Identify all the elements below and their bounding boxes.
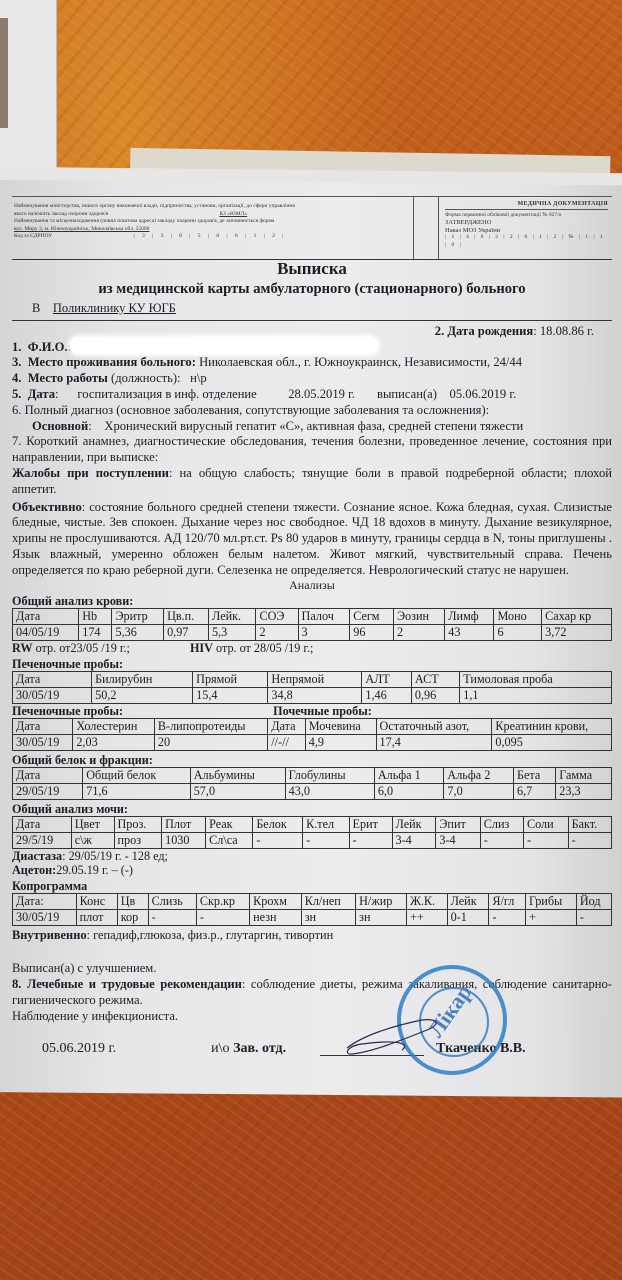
facility-address: вул. Миру 3, м. Южноукраїнськ, Миколаївс… [14, 226, 409, 234]
value-cell: Сл\са [206, 832, 253, 848]
table-header-row: ДатаЦветПроз.ПлотРеакБелокК.телЕритЛейкЭ… [13, 816, 612, 832]
header-cell: АСТ [411, 671, 459, 687]
dob-label: 2. Дата рождения [435, 324, 533, 338]
value-cell: 57,0 [190, 783, 285, 799]
objective-value: : состояние больного средней степени тяж… [12, 500, 612, 577]
header-cell: Непрямой [268, 671, 362, 687]
dates-line: 5. Дата: госпитализация в инф. отделение… [12, 387, 612, 403]
value-cell: с\ж [71, 832, 114, 848]
blood-test-title: Общий анализ крови: [12, 594, 612, 608]
value-cell: 6,7 [514, 783, 556, 799]
order-label: Наказ МОЗ України [445, 227, 608, 235]
liver-tests-2-title: Печеночные пробы: [12, 704, 123, 718]
table-header-row: ДатаHbЭритрЦв.п.Лейк.СОЭПалочСегмЭозинЛи… [13, 608, 612, 624]
header-cell: Реак [206, 816, 253, 832]
form-label: Форма первинної облікової документації №… [445, 212, 608, 220]
value-cell: 29/5/19 [13, 832, 72, 848]
header-institution-block: Найменування міністерства, іншого органу… [12, 197, 414, 259]
approved-label: ЗАТВЕРДЖЕНО [445, 219, 608, 227]
header-cell: Слиз [480, 816, 523, 832]
work-number: 4. [12, 371, 21, 385]
value-cell: 1,1 [460, 687, 612, 703]
header-cell: Общий белок [83, 767, 190, 783]
dates-number: 5. [12, 387, 21, 401]
value-cell: плот [76, 909, 117, 925]
hiv-value: отр. от 28/05 /19 г.; [213, 641, 313, 655]
objective-label: Объективно [12, 500, 82, 514]
value-cell: 96 [350, 624, 394, 640]
value-cell: 15,4 [193, 687, 268, 703]
residence-label: Место проживания больного: [28, 355, 196, 369]
dates-label: Дата [28, 387, 55, 401]
value-cell: 1030 [162, 832, 206, 848]
edrpou-code: | 3 | 3 | 8 | 5 | 0 | 8 | 1 | 2 | [134, 233, 287, 239]
liver-kidney-table: ДатаХолестеринВ-липопротеидыДатаМочевина… [12, 718, 612, 751]
header-cell: Н/жир [356, 893, 407, 909]
header-cell: Ж.К. [406, 893, 447, 909]
header-cell: Цв.п. [164, 608, 209, 624]
value-cell: - [253, 832, 303, 848]
header-cell: Грибы [525, 893, 576, 909]
followup: Наблюдение у инфекциониста. [12, 1009, 612, 1025]
edrpou-label: Код за ЄДРПОУ [14, 233, 52, 239]
diastase-line: Диастаза: 29/05/19 г. - 128 ед; [12, 849, 612, 863]
header-cell: Дата [13, 671, 92, 687]
value-cell: 1,46 [362, 687, 412, 703]
redacted-name [70, 337, 378, 354]
header-cell: Холестерин [73, 718, 155, 734]
value-cell: - [349, 832, 392, 848]
header-cell: Дата [13, 816, 72, 832]
header-cell: Палоч [298, 608, 350, 624]
main-diagnosis-value: Хронический вирусный гепатит «С», активн… [104, 419, 523, 433]
header-cell: Лейк [447, 893, 489, 909]
header-cell: Бакт. [568, 816, 611, 832]
value-cell: 2,03 [73, 734, 155, 750]
header-cell: Проз. [114, 816, 162, 832]
header-cell: Белок [253, 816, 303, 832]
complaints-label: Жалобы при поступлении [12, 466, 169, 480]
header-cell: Моно [494, 608, 542, 624]
acetone-label: Ацетон: [12, 863, 56, 877]
header-cell: Я/гл [489, 893, 526, 909]
fio-label: Ф.И.О. [28, 340, 68, 354]
recommendations-label: 8. Лечебные и трудовые рекомендации [12, 977, 242, 991]
role-prefix: и\о [211, 1041, 229, 1056]
signature-date: 05.06.2019 г. [42, 1041, 116, 1057]
value-cell: - [489, 909, 526, 925]
value-cell: незн [250, 909, 302, 925]
header-cell: Альбумины [190, 767, 285, 783]
value-cell: - [480, 832, 523, 848]
analyses-title: Анализы [12, 579, 612, 592]
value-cell: 174 [79, 624, 112, 640]
header-cell: Билирубин [92, 671, 193, 687]
header-cell: Цвет [71, 816, 114, 832]
recipient-prefix: В [32, 301, 40, 315]
value-cell: 2 [393, 624, 444, 640]
value-cell: 3 [298, 624, 350, 640]
header-cell: Кл/неп [301, 893, 355, 909]
header-medical-doc-block: МЕДИЧНА ДОКУМЕНТАЦІЯ Форма первинної обл… [439, 197, 612, 259]
header-cell: Эпит [436, 816, 480, 832]
value-cell: 6 [494, 624, 542, 640]
hiv-label: HIV [190, 641, 213, 655]
protein-table: ДатаОбщий белокАльбуминыГлобулиныАльфа 1… [12, 767, 612, 800]
hospitalization-text: госпитализация в инф. отделение [77, 387, 256, 401]
header-cell: Дата: [13, 893, 77, 909]
signature-row: 05.06.2019 г. и\о Зав. отд. Ткаченко В.В… [12, 1041, 612, 1057]
header-cell: Сахар кр [542, 608, 612, 624]
acetone-value: 29.05.19 г. – (-) [56, 863, 133, 877]
header-cell: Крохм [250, 893, 302, 909]
value-cell: 17,4 [376, 734, 492, 750]
blood-test-table: ДатаHbЭритрЦв.п.Лейк.СОЭПалочСегмЭозинЛи… [12, 608, 612, 641]
value-cell: 4,9 [305, 734, 376, 750]
medical-documentation-title: МЕДИЧНА ДОКУМЕНТАЦІЯ [445, 201, 608, 210]
value-cell: проз [114, 832, 162, 848]
urine-test-title: Общий анализ мочи: [12, 802, 612, 816]
diastase-value: : 29/05/19 г. - 128 ед; [62, 849, 168, 863]
value-cell: 6,0 [374, 783, 444, 799]
header-cell: Дата [13, 718, 73, 734]
order-code: | 1 | 4 | 0 | 2 | 2 | 0 | 1 | 2 | № | 1 … [445, 234, 608, 249]
fio-number: 1. [12, 340, 21, 354]
header-cell: Глобулины [285, 767, 374, 783]
table-header-row: ДатаОбщий белокАльбуминыГлобулиныАльфа 1… [13, 767, 612, 783]
header-cell: В-липопротеиды [154, 718, 267, 734]
form-header: Найменування міністерства, іншого органу… [12, 196, 612, 260]
value-cell: 2 [256, 624, 298, 640]
header-cell: Дата [13, 608, 79, 624]
table-row: 30/05/1950,215,434,81,460,961,1 [13, 687, 612, 703]
value-cell: - [568, 832, 611, 848]
main-diagnosis-line: Основной: Хронический вирусный гепатит «… [12, 419, 612, 435]
main-diagnosis-label: Основной [32, 419, 88, 433]
value-cell: 0,96 [411, 687, 459, 703]
header-cell: Остаточный азот, [376, 718, 492, 734]
table-row: 29/05/1971,657,043,06,07,06,723,3 [13, 783, 612, 799]
work-label: Место работы [28, 371, 108, 385]
photo-edge [0, 18, 8, 128]
value-cell: 04/05/19 [13, 624, 79, 640]
header-cell: СОЭ [256, 608, 298, 624]
document-title: Выписка [12, 258, 612, 280]
header-cell: Креатинин крови, [492, 718, 612, 734]
header-cell: Дата [13, 767, 83, 783]
header-cell: К.тел [303, 816, 349, 832]
anamnesis-label: 7. Короткий анамнез, диагностические обс… [12, 434, 612, 466]
value-cell: //-// [268, 734, 306, 750]
kidney-tests-title: Почечные пробы: [273, 704, 372, 718]
rw-value: отр. от23/05 /19 г.; [33, 641, 130, 655]
value-cell: ++ [406, 909, 447, 925]
discharge-state: Выписан(а) с улучшением. [12, 961, 612, 977]
value-cell: 20 [154, 734, 267, 750]
value-cell: кор [117, 909, 148, 925]
handwritten-signature [342, 1016, 462, 1056]
header-cell: Соли [523, 816, 568, 832]
recipient-name: Поликлинику КУ ЮГБ [53, 301, 176, 315]
dob-value: : 18.08.86 г. [533, 324, 594, 338]
residence-line: 3. Место проживания больного: Николаевск… [12, 355, 612, 371]
value-cell: 34,8 [268, 687, 362, 703]
signer-role: Зав. отд. [233, 1041, 286, 1056]
value-cell: - [303, 832, 349, 848]
work-value: н\р [190, 371, 207, 385]
value-cell: 23,3 [556, 783, 612, 799]
value-cell: - [523, 832, 568, 848]
value-cell: 0,97 [164, 624, 209, 640]
table-row: 04/05/191745,360,975,3239624363,72 [13, 624, 612, 640]
value-cell: 29/05/19 [13, 783, 83, 799]
admission-date: 28.05.2019 г. [288, 387, 355, 401]
header-cell: Слизь [148, 893, 196, 909]
document-subtitle: из медицинской карты амбулаторного (стац… [12, 280, 612, 298]
table-header-row: Дата:КонсЦвСлизьСкр.крКрохмКл/непН/жирЖ.… [13, 893, 612, 909]
iv-label: Внутривенно [12, 928, 87, 942]
header-cell: Лейк. [209, 608, 256, 624]
header-cell: Лимф [445, 608, 494, 624]
ministry-label: Найменування міністерства, іншого органу… [14, 203, 409, 211]
header-cell: Ерит [349, 816, 392, 832]
iv-line: Внутривенно: гепадиф,глюкоза, физ.р., гл… [12, 928, 612, 944]
value-cell: 30/05/19 [13, 687, 92, 703]
coprogram-table: Дата:КонсЦвСлизьСкр.крКрохмКл/непН/жирЖ.… [12, 893, 612, 926]
header-cell: Эритр [112, 608, 164, 624]
discharged-label: выписан(а) [377, 387, 437, 401]
work-line: 4. Место работы (должность): н\р [12, 371, 612, 387]
header-cell: Бета [514, 767, 556, 783]
table-row: 30/05/19плоткор--незнзнзн++0-1-+- [13, 909, 612, 925]
value-cell: + [525, 909, 576, 925]
rw-label: RW [12, 641, 33, 655]
value-cell: 5,3 [209, 624, 256, 640]
header-cell: Гамма [556, 767, 612, 783]
header-cell: Мочевина [305, 718, 376, 734]
residence-number: 3. [12, 355, 21, 369]
header-cell: Прямой [193, 671, 268, 687]
table-header-row: ДатаБилирубинПрямойНепрямойАЛТАСТТимолов… [13, 671, 612, 687]
table-row: 29/5/19с\жпроз1030Сл\са---3-43-4--- [13, 832, 612, 848]
header-cell: АЛТ [362, 671, 412, 687]
header-cell: Лейк [392, 816, 436, 832]
value-cell: 3-4 [392, 832, 436, 848]
owner-label: якого належить заклад охорони здоров'я [14, 211, 108, 217]
objective: Объективно: состояние больного средней с… [12, 500, 612, 579]
header-cell: Конс [76, 893, 117, 909]
table-header-row: ДатаХолестеринВ-липопротеидыДатаМочевина… [13, 718, 612, 734]
recommendations: 8. Лечебные и трудовые рекомендации: соб… [12, 977, 612, 1009]
header-cell: Цв [117, 893, 148, 909]
value-cell: 0,095 [492, 734, 612, 750]
liver-tests-title: Печеночные пробы: [12, 657, 612, 671]
header-cell: Плот [162, 816, 206, 832]
header-cell: Тимоловая проба [460, 671, 612, 687]
value-cell: - [576, 909, 611, 925]
value-cell: - [148, 909, 196, 925]
header-cell: Дата [268, 718, 306, 734]
work-sublabel: (должность): [111, 371, 181, 385]
header-cell: Йод [576, 893, 611, 909]
underlying-paper-left [0, 0, 57, 190]
header-cell: Альфа 1 [374, 767, 444, 783]
diagnosis-label: 6. Полный диагноз (основное заболевания,… [12, 403, 612, 419]
header-cell: Сегм [350, 608, 394, 624]
liver-kidney-titles: Печеночные пробы: Почечные пробы: [12, 704, 612, 718]
header-cell: Hb [79, 608, 112, 624]
urine-test-table: ДатаЦветПроз.ПлотРеакБелокК.телЕритЛейкЭ… [12, 816, 612, 849]
acetone-line: Ацетон: 29.05.19 г. – (-) [12, 863, 612, 877]
value-cell: 7,0 [444, 783, 514, 799]
value-cell: 71,6 [83, 783, 190, 799]
coprogram-title: Копрограмма [12, 879, 612, 893]
discharge-document: Найменування міністерства, іншого органу… [12, 196, 612, 1056]
value-cell: 30/05/19 [13, 909, 77, 925]
complaints: Жалобы при поступлении: на общую слабост… [12, 466, 612, 498]
value-cell: 50,2 [92, 687, 193, 703]
header-cell: Альфа 2 [444, 767, 514, 783]
discharge-date: 05.06.2019 г. [450, 387, 517, 401]
header-cell: Скр.кр [196, 893, 249, 909]
value-cell: 3,72 [542, 624, 612, 640]
recipient-line: В Поликлинику КУ ЮГБ [12, 301, 612, 321]
value-cell: 3-4 [436, 832, 480, 848]
value-cell: 43 [445, 624, 494, 640]
table-row: 30/05/192,0320//-//4,917,40,095 [13, 734, 612, 750]
header-gap [414, 197, 439, 259]
protein-title: Общий белок и фракции: [12, 753, 612, 767]
header-cell: Эозин [393, 608, 444, 624]
residence-value: Николаевская обл., г. Южноукраинск, Неза… [199, 355, 522, 369]
liver-tests-table: ДатаБилирубинПрямойНепрямойАЛТАСТТимолов… [12, 671, 612, 704]
value-cell: 30/05/19 [13, 734, 73, 750]
iv-value: : гепадиф,глюкоза, физ.р., глутаргин, ти… [87, 928, 334, 942]
value-cell: 0-1 [447, 909, 489, 925]
value-cell: зн [356, 909, 407, 925]
diastase-label: Диастаза [12, 849, 62, 863]
value-cell: зн [301, 909, 355, 925]
institution-name: КЗ «ЮМЛ» [220, 211, 248, 217]
value-cell: 43,0 [285, 783, 374, 799]
serology-line: RW отр. от23/05 /19 г.; HIV отр. от 28/0… [12, 641, 612, 655]
value-cell: 5,36 [112, 624, 164, 640]
value-cell: - [196, 909, 249, 925]
facility-label: Найменування та місцезнаходження (повна … [14, 218, 409, 226]
